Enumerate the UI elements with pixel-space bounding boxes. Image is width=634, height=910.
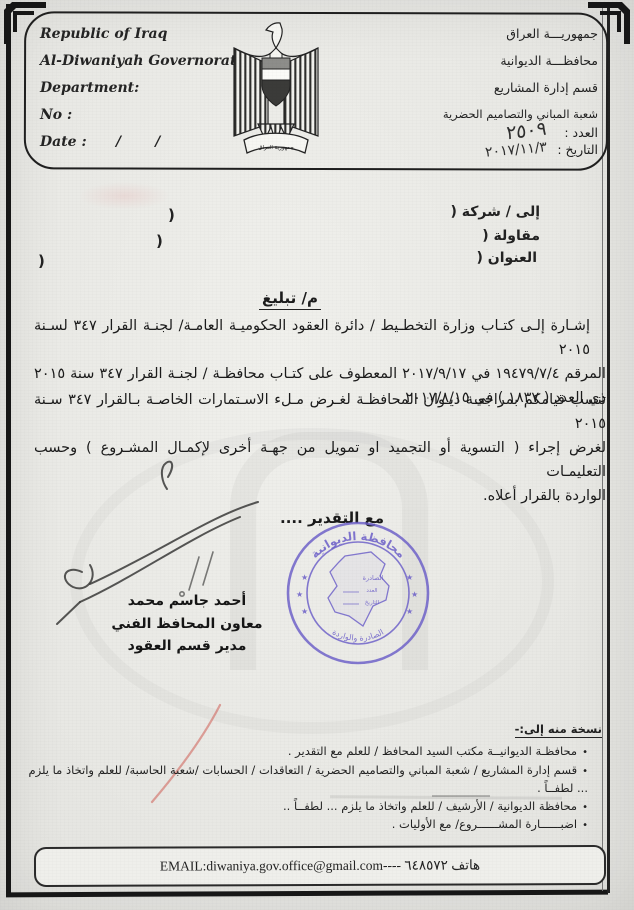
subject-line: م/ تبليغ [259, 289, 321, 310]
letterhead-governorate-en: Al-Diwaniyah Governorate [40, 53, 245, 69]
stamp-star-icon: ★ [411, 590, 418, 599]
stamp-center-line: الصادرة [363, 574, 384, 582]
signatory-title-2: مدير قسم العقود [92, 635, 282, 658]
footer-dashes: ---- [383, 858, 404, 873]
cc-item: •محافظـة الديوانيــة مكتب السيد المحافظ … [28, 743, 602, 762]
footer-contact-text: EMAIL:diwaniya.gov.office@gmail.com---- … [160, 857, 480, 874]
stamp-center-line: العدد [366, 588, 378, 594]
stamp-star-icon: ★ [301, 573, 308, 582]
addressee-contract-close-paren: ) [156, 232, 163, 250]
footer-contact-bar: EMAIL:diwaniya.gov.office@gmail.com---- … [34, 845, 606, 887]
addressee-company-close-paren: ) [168, 206, 175, 224]
emblem-banner-text: جمهورية العراق [258, 145, 294, 151]
scanned-letter-page: Republic of Iraq Al-Diwaniyah Governorat… [0, 0, 634, 910]
letterhead-department-label-en: Department: [40, 80, 139, 96]
governorate-round-stamp: محافظة الديوانية الصادرة والواردة الصادر… [283, 518, 433, 668]
footer-email: EMAIL:diwaniya.gov.office@gmail.com [160, 858, 383, 874]
cc-item-text: محافظـة الديوانيــة مكتب السيد المحافظ /… [288, 744, 577, 758]
bullet-icon: • [582, 802, 588, 813]
cc-title: نسخة منه إلى:- [515, 722, 602, 738]
body-line: المرقم ١٩٤٧٩/٧/٤ في ٢٠١٧/٩/١٧ المعطوف عل… [34, 362, 606, 386]
letterhead-department-ar: قسم إدارة المشاريع [420, 74, 598, 101]
addressee-address-close-paren: ) [38, 252, 45, 270]
letterhead-number-label-en: No : [40, 107, 72, 123]
stamp-star-icon: ★ [301, 607, 308, 616]
addressee-company-label: إلى / شركة ( [451, 204, 540, 220]
addressee-address-label: العنوان ( [477, 250, 537, 266]
letter-date-label: التاريخ : [557, 142, 598, 157]
footer-phone: هاتف ٦٤٨٥٧٢ [404, 857, 480, 872]
signature-block: أحمد جاسم محمد معاون المحافظ الفني مدير … [92, 590, 282, 658]
pink-ink-smudge [78, 182, 170, 210]
bullet-icon: • [582, 747, 588, 758]
subject-wrap: م/ تبليغ [0, 288, 580, 310]
stamp-center-line: التاريخ [365, 600, 380, 606]
signatory-name: أحمد جاسم محمد [92, 590, 282, 613]
iraq-eagle-emblem-icon: جمهورية العراق [228, 20, 324, 164]
stamp-star-icon: ★ [406, 607, 413, 616]
cc-item: •اضبــــــارة المشــــــروع/ مع الأوليات… [28, 816, 602, 835]
letterhead-governorate-ar: محافظـــة الديوانية [420, 47, 598, 74]
page-border-bottom [6, 890, 608, 898]
bullet-icon: • [582, 766, 588, 777]
signatory-title-1: معاون المحافظ الفني [92, 613, 282, 636]
stamp-star-icon: ★ [296, 590, 303, 599]
page-border-left [6, 4, 11, 897]
letter-date-value-handwritten: ٢٠١٧/١١/٣ [485, 139, 548, 160]
body-line: تنسب قيامكم بمراجعـة ديـوان المحافظـة لغ… [34, 388, 606, 436]
stamp-star-icon: ★ [406, 573, 413, 582]
letterhead-country-ar: جمهوريـــة العراق [420, 20, 598, 47]
scan-dash-mark [432, 795, 490, 797]
letterhead-arabic-block: جمهوريـــة العراق محافظـــة الديوانية قس… [420, 20, 598, 128]
letterhead-country-en: Republic of Iraq [40, 26, 167, 42]
letter-number-label: العدد : [564, 125, 598, 140]
body-line: إشـارة إلـى كتـاب وزارة التخطـيط / دائرة… [34, 314, 606, 362]
cc-item: •قسم إدارة المشاريع / شعبة المباني والتص… [28, 762, 602, 798]
letterhead-date-label-en: Date : / / [40, 134, 160, 150]
letter-number-row: العدد : ٢٥٠٩ [420, 120, 598, 142]
cc-section: نسخة منه إلى:- •محافظـة الديوانيــة مكتب… [28, 722, 602, 835]
cc-item-text: اضبــــــارة المشــــــروع/ مع الأوليات … [392, 817, 577, 831]
cc-item: •محافظة الديوانية / الأرشيف / للعلم واتخ… [28, 798, 602, 817]
cc-item-text: محافظة الديوانية / الأرشيف / للعلم واتخا… [283, 799, 577, 813]
bullet-icon: • [582, 820, 588, 831]
letter-date-row: التاريخ : ٢٠١٧/١١/٣ [414, 142, 598, 158]
addressee-contract-label: مقاولة ( [482, 228, 540, 244]
cc-item-text: قسم إدارة المشاريع / شعبة المباني والتصا… [29, 763, 589, 796]
